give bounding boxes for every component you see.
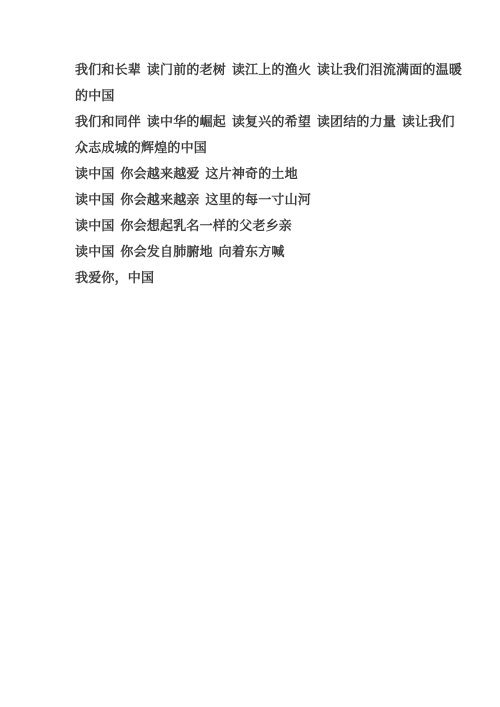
poem-line-7: 读中国 你会想起乳名一样的父老乡亲 — [75, 213, 445, 239]
poem-line-5: 读中国 你会越来越爱 这片神奇的土地 — [75, 161, 445, 187]
document-page: 我们和长辈 读门前的老树 读江上的渔火 读让我们泪流满面的温暖 的中国 我们和同… — [0, 0, 500, 707]
poem-line-4: 众志成城的辉煌的中国 — [75, 135, 445, 161]
poem-line-6: 读中国 你会越来越亲 这里的每一寸山河 — [75, 187, 445, 213]
poem-line-8: 读中国 你会发自肺腑地 向着东方喊 — [75, 239, 445, 265]
poem-line-3: 我们和同伴 读中华的崛起 读复兴的希望 读团结的力量 读让我们 — [75, 109, 445, 135]
poem-text-block: 我们和长辈 读门前的老树 读江上的渔火 读让我们泪流满面的温暖 的中国 我们和同… — [75, 57, 445, 291]
poem-line-1: 我们和长辈 读门前的老树 读江上的渔火 读让我们泪流满面的温暖 — [75, 57, 445, 83]
poem-line-9: 我爱你，中国 — [75, 265, 445, 291]
poem-line-2: 的中国 — [75, 83, 445, 109]
